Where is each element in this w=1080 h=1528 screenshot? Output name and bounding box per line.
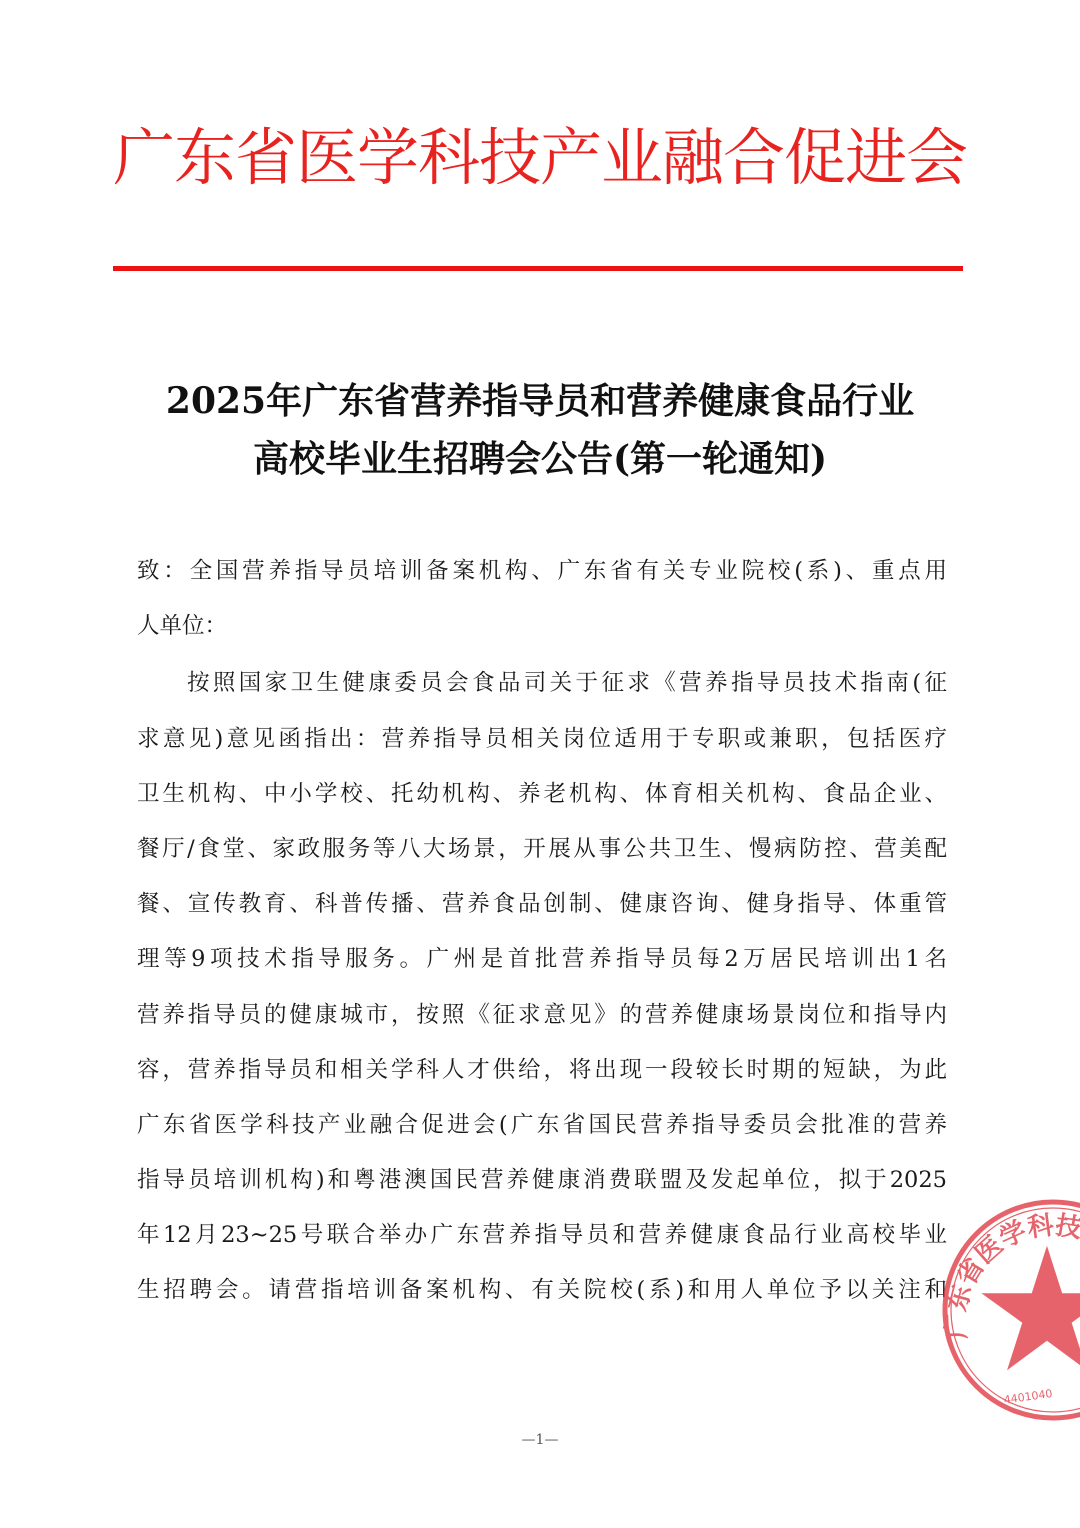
paragraph-line: 卫生机构、中小学校、托幼机构、养老机构、体育相关机构、食品企业、: [137, 767, 947, 822]
paragraph-line: 指导员培训机构)和粤港澳国民营养健康消费联盟及发起单位，拟于2025: [137, 1153, 947, 1208]
document-title-line-1: 2025年广东省营养指导员和营养健康食品行业: [120, 372, 960, 430]
paragraph-line: 餐厅/食堂、家政服务等八大场景，开展从事公共卫生、慢病防控、营美配: [137, 822, 947, 877]
document-body: 致：全国营养指导员培训备案机构、广东省有关专业院校(系)、重点用 人单位： 按照…: [137, 544, 947, 1319]
paragraph-line: 生招聘会。请营指培训备案机构、有关院校(系)和用人单位予以关注和: [137, 1263, 947, 1318]
letterhead-red-rule: [113, 266, 963, 271]
paragraph-line: 营养指导员的健康城市，按照《征求意见》的营养健康场景岗位和指导内: [137, 988, 947, 1043]
page-number: —1—: [0, 1432, 1080, 1448]
paragraph-line: 容，营养指导员和相关学科人才供给，将出现一段较长时期的短缺，为此: [137, 1043, 947, 1098]
letterhead-organization-name: 广东省医学科技产业融合促进会: [0, 118, 1080, 198]
paragraph-line: 求意见)意见函指出：营养指导员相关岗位适用于专职或兼职，包括医疗: [137, 712, 947, 767]
document-title: 2025年广东省营养指导员和营养健康食品行业 高校毕业生招聘会公告(第一轮通知): [120, 372, 960, 488]
paragraph-line: 广东省医学科技产业融合促进会(广东省国民营养指导委员会批准的营养: [137, 1098, 947, 1153]
paragraph-line: 按照国家卫生健康委员会食品司关于征求《营养指导员技术指南(征: [137, 656, 947, 711]
addressee-line: 致：全国营养指导员培训备案机构、广东省有关专业院校(系)、重点用: [137, 544, 947, 599]
paragraph-line: 理等9项技术指导服务。广州是首批营养指导员每2万居民培训出1名: [137, 932, 947, 987]
seal-code: 4401040: [1003, 1387, 1053, 1407]
official-seal-stamp: 广东省医学科技产业融合促进会 4401040: [938, 1195, 1080, 1425]
addressee-line: 人单位：: [137, 599, 947, 654]
document-title-line-2: 高校毕业生招聘会公告(第一轮通知): [120, 430, 960, 488]
paragraph-line: 年12月23~25号联合举办广东营养指导员和营养健康食品行业高校毕业: [137, 1208, 947, 1263]
paragraph-line: 餐、宣传教育、科普传播、营养食品创制、健康咨询、健身指导、体重管: [137, 877, 947, 932]
